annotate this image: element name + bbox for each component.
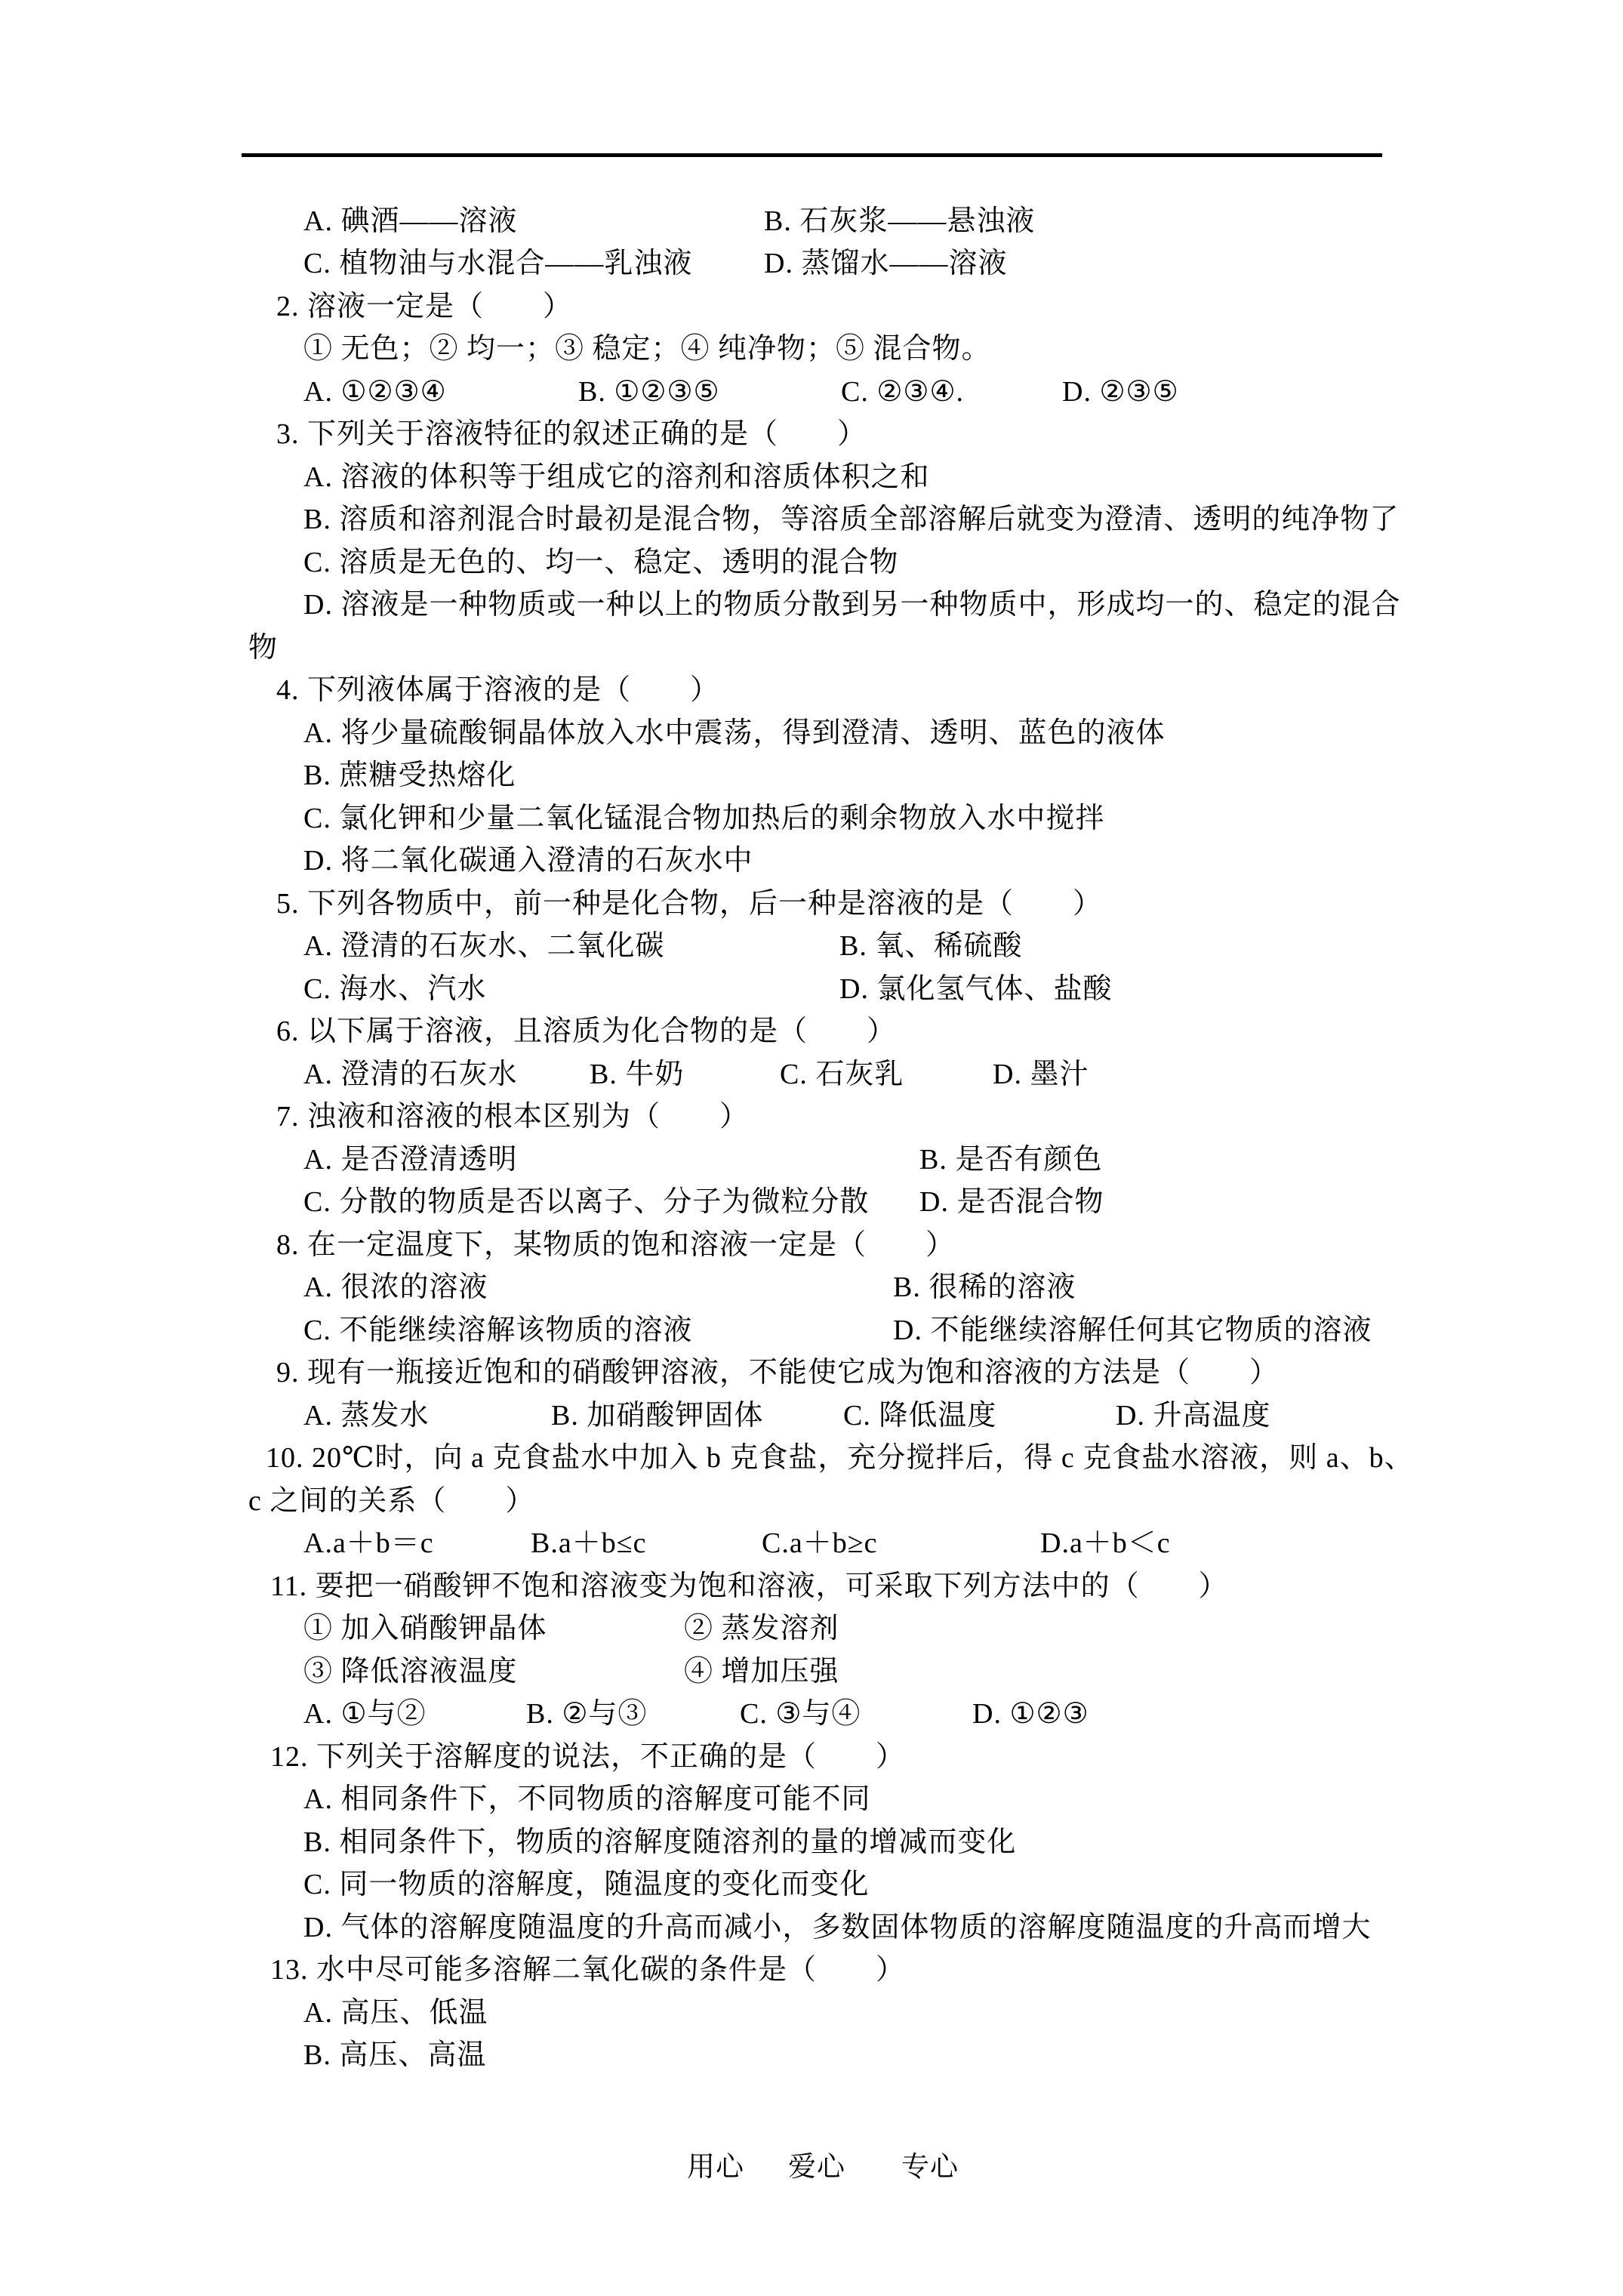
text-segment: C. 海水、汽水 (303, 968, 486, 1011)
text-segment: B. 相同条件下，物质的溶解度随溶剂的量的增减而变化 (303, 1821, 1016, 1864)
text-line: A. 是否澄清透明B. 是否有颜色 (0, 1139, 1623, 1182)
text-segment: B. ②与③ (526, 1693, 647, 1736)
text-line: A. 溶液的体积等于组成它的溶剂和溶质体积之和 (0, 456, 1623, 499)
text-segment: A. 碘酒——溶液 (303, 200, 517, 243)
text-line: A.a＋b＝cB.a＋b≤cC.a＋b≥cD.a＋b＜c (0, 1522, 1623, 1565)
text-line: B. 高压、高温 (0, 2034, 1623, 2077)
text-line: 3. 下列关于溶液特征的叙述正确的是（ ） (0, 413, 1623, 456)
text-segment: C. 植物油与水混合——乳浊液 (303, 242, 692, 285)
text-segment: 13. 水中尽可能多溶解二氧化碳的条件是（ ） (270, 1949, 905, 1992)
text-line: A. ①与②B. ②与③C. ③与④D. ①②③ (0, 1693, 1623, 1736)
text-line: D. 气体的溶解度随温度的升高而减小，多数固体物质的溶解度随温度的升高而增大 (0, 1906, 1623, 1949)
text-segment: D. 升高温度 (1116, 1395, 1270, 1438)
text-segment: A. 相同条件下，不同物质的溶解度可能不同 (303, 1778, 870, 1821)
text-segment: C. 石灰乳 (780, 1053, 904, 1096)
text-line: D. 将二氧化碳通入澄清的石灰水中 (0, 840, 1623, 883)
text-segment: C. 氯化钾和少量二氧化锰混合物加热后的剩余物放入水中搅拌 (303, 797, 1104, 840)
text-line: A. 将少量硫酸铜晶体放入水中震荡，得到澄清、透明、蓝色的液体 (0, 712, 1623, 755)
text-segment: ③ 降低溶液温度 (303, 1650, 518, 1693)
text-segment: D. 墨汁 (993, 1053, 1089, 1096)
text-line: A. ①②③④B. ①②③⑤C. ②③④.D. ②③⑤ (0, 371, 1623, 414)
text-segment: A. 将少量硫酸铜晶体放入水中震荡，得到澄清、透明、蓝色的液体 (303, 712, 1165, 755)
text-line: 7. 浊液和溶液的根本区别为（ ） (0, 1096, 1623, 1139)
text-segment: 11. 要把一硝酸钾不饱和溶液变为饱和溶液，可采取下列方法中的（ ） (270, 1565, 1228, 1608)
text-line: A. 高压、低温 (0, 1992, 1623, 2035)
text-segment: 9. 现有一瓶接近饱和的硝酸钾溶液，不能使它成为饱和溶液的方法是（ ） (276, 1351, 1279, 1395)
text-segment: B. ①②③⑤ (578, 371, 720, 414)
document-page: A. 碘酒——溶液B. 石灰浆——悬浊液C. 植物油与水混合——乳浊液D. 蒸馏… (0, 0, 1623, 2296)
text-line: 9. 现有一瓶接近饱和的硝酸钾溶液，不能使它成为饱和溶液的方法是（ ） (0, 1351, 1623, 1395)
text-segment: B. 溶质和溶剂混合时最初是混合物，等溶质全部溶解后就变为澄清、透明的纯净物了 (303, 498, 1399, 541)
text-line: C. 不能继续溶解该物质的溶液D. 不能继续溶解任何其它物质的溶液 (0, 1309, 1623, 1352)
text-segment: B. 氧、稀硫酸 (839, 925, 1022, 968)
text-line: 2. 溶液一定是（ ） (0, 285, 1623, 328)
document-body: A. 碘酒——溶液B. 石灰浆——悬浊液C. 植物油与水混合——乳浊液D. 蒸馏… (0, 0, 1623, 2296)
text-line: A. 澄清的石灰水、二氧化碳B. 氧、稀硫酸 (0, 925, 1623, 968)
text-segment: C. ②③④. (841, 371, 964, 414)
text-segment: B. 石灰浆——悬浊液 (764, 200, 1035, 243)
text-segment: D. 是否混合物 (919, 1181, 1104, 1224)
text-segment: 3. 下列关于溶液特征的叙述正确的是（ ） (276, 413, 867, 456)
text-segment: D. 气体的溶解度随温度的升高而减小，多数固体物质的溶解度随温度的升高而增大 (303, 1906, 1371, 1949)
text-line: 6. 以下属于溶液，且溶质为化合物的是（ ） (0, 1010, 1623, 1053)
text-segment: 8. 在一定温度下，某物质的饱和溶液一定是（ ） (276, 1224, 955, 1267)
text-segment: A. ①②③④ (303, 371, 447, 414)
text-segment: D. 溶液是一种物质或一种以上的物质分散到另一种物质中，形成均一的、稳定的混合 (303, 584, 1400, 627)
text-segment: A.a＋b＝c (303, 1522, 434, 1565)
footer-word: 用心 (687, 2146, 744, 2189)
text-segment: B.a＋b≤c (531, 1522, 646, 1565)
text-segment: ④ 增加压强 (684, 1650, 839, 1693)
text-segment: 7. 浊液和溶液的根本区别为（ ） (276, 1096, 749, 1139)
text-segment: A. 高压、低温 (303, 1992, 488, 2035)
text-segment: C. 同一物质的溶解度，随温度的变化而变化 (303, 1863, 869, 1906)
text-line: C. 同一物质的溶解度，随温度的变化而变化 (0, 1863, 1623, 1906)
text-segment: D. ②③⑤ (1062, 371, 1179, 414)
text-segment: B. 是否有颜色 (919, 1139, 1102, 1182)
text-line: A. 相同条件下，不同物质的溶解度可能不同 (0, 1778, 1623, 1821)
text-segment: D.a＋b＜c (1040, 1522, 1171, 1565)
text-line: 5. 下列各物质中，前一种是化合物，后一种是溶液的是（ ） (0, 883, 1623, 926)
text-line: B. 蔗糖受热熔化 (0, 754, 1623, 797)
text-segment: A. ①与② (303, 1693, 427, 1736)
text-line: ① 无色；② 均一；③ 稳定；④ 纯净物；⑤ 混合物。 (0, 328, 1623, 371)
text-line: 4. 下列液体属于溶液的是（ ） (0, 669, 1623, 712)
text-segment: B. 加硝酸钾固体 (551, 1395, 763, 1438)
text-segment: C. 不能继续溶解该物质的溶液 (303, 1309, 692, 1352)
text-segment: C. 降低温度 (843, 1395, 996, 1438)
text-line: C. 分散的物质是否以离子、分子为微粒分散D. 是否混合物 (0, 1181, 1623, 1224)
text-segment: 4. 下列液体属于溶液的是（ ） (276, 669, 719, 712)
text-line: 12. 下列关于溶解度的说法，不正确的是（ ） (0, 1736, 1623, 1779)
text-line: A. 蒸发水B. 加硝酸钾固体C. 降低温度D. 升高温度 (0, 1395, 1623, 1438)
text-line: 物 (0, 627, 1623, 670)
text-segment: C.a＋b≥c (762, 1522, 877, 1565)
text-segment: D. 蒸馏水——溶液 (764, 242, 1007, 285)
text-line: ③ 降低溶液温度④ 增加压强 (0, 1650, 1623, 1693)
text-segment: B. 很稀的溶液 (893, 1266, 1076, 1309)
text-line: C. 植物油与水混合——乳浊液D. 蒸馏水——溶液 (0, 242, 1623, 285)
text-segment: A. 蒸发水 (303, 1395, 429, 1438)
text-line: C. 溶质是无色的、均一、稳定、透明的混合物 (0, 541, 1623, 584)
text-segment: D. ①②③ (972, 1693, 1089, 1736)
text-segment: ② 蒸发溶剂 (684, 1607, 839, 1650)
footer-word: 爱心 (788, 2146, 845, 2189)
text-segment: A. 很浓的溶液 (303, 1266, 488, 1309)
text-segment: A. 澄清的石灰水、二氧化碳 (303, 925, 664, 968)
text-line: c 之间的关系（ ） (0, 1480, 1623, 1523)
text-segment: D. 将二氧化碳通入澄清的石灰水中 (303, 840, 753, 883)
text-line: C. 海水、汽水D. 氯化氢气体、盐酸 (0, 968, 1623, 1011)
text-segment: A. 澄清的石灰水 (303, 1053, 517, 1096)
page-footer: 用心 爱心 专心 (0, 2146, 1623, 2189)
text-line: D. 溶液是一种物质或一种以上的物质分散到另一种物质中，形成均一的、稳定的混合 (0, 584, 1623, 627)
text-segment: 2. 溶液一定是（ ） (276, 285, 572, 328)
text-segment: 12. 下列关于溶解度的说法，不正确的是（ ） (270, 1736, 905, 1779)
text-segment: B. 牛奶 (590, 1053, 684, 1096)
text-segment: ① 加入硝酸钾晶体 (303, 1607, 547, 1650)
text-line: A. 澄清的石灰水B. 牛奶C. 石灰乳D. 墨汁 (0, 1053, 1623, 1096)
text-line: 11. 要把一硝酸钾不饱和溶液变为饱和溶液，可采取下列方法中的（ ） (0, 1565, 1623, 1608)
text-segment: 10. 20℃时，向 a 克食盐水中加入 b 克食盐，充分搅拌后，得 c 克食盐… (266, 1437, 1414, 1480)
text-segment: B. 蔗糖受热熔化 (303, 754, 516, 797)
footer-word: 专心 (901, 2146, 959, 2189)
text-line: 13. 水中尽可能多溶解二氧化碳的条件是（ ） (0, 1949, 1623, 1992)
text-segment: C. 溶质是无色的、均一、稳定、透明的混合物 (303, 541, 898, 584)
text-segment: A. 溶液的体积等于组成它的溶剂和溶质体积之和 (303, 456, 929, 499)
text-segment: c 之间的关系（ ） (248, 1480, 534, 1523)
text-segment: D. 不能继续溶解任何其它物质的溶液 (893, 1309, 1372, 1352)
text-line: A. 很浓的溶液B. 很稀的溶液 (0, 1266, 1623, 1309)
text-line: B. 相同条件下，物质的溶解度随溶剂的量的增减而变化 (0, 1821, 1623, 1864)
text-line: C. 氯化钾和少量二氧化锰混合物加热后的剩余物放入水中搅拌 (0, 797, 1623, 840)
text-segment: 6. 以下属于溶液，且溶质为化合物的是（ ） (276, 1010, 896, 1053)
text-segment: D. 氯化氢气体、盐酸 (839, 968, 1112, 1011)
text-segment: 物 (248, 627, 278, 670)
text-segment: A. 是否澄清透明 (303, 1139, 517, 1182)
text-line: A. 碘酒——溶液B. 石灰浆——悬浊液 (0, 200, 1623, 243)
text-line: ① 加入硝酸钾晶体② 蒸发溶剂 (0, 1607, 1623, 1650)
text-segment: B. 高压、高温 (303, 2034, 486, 2077)
text-segment: C. 分散的物质是否以离子、分子为微粒分散 (303, 1181, 869, 1224)
text-line: B. 溶质和溶剂混合时最初是混合物，等溶质全部溶解后就变为澄清、透明的纯净物了 (0, 498, 1623, 541)
text-line: 10. 20℃时，向 a 克食盐水中加入 b 克食盐，充分搅拌后，得 c 克食盐… (0, 1437, 1623, 1480)
text-line: 8. 在一定温度下，某物质的饱和溶液一定是（ ） (0, 1224, 1623, 1267)
text-segment: ① 无色；② 均一；③ 稳定；④ 纯净物；⑤ 混合物。 (303, 328, 991, 371)
text-segment: 5. 下列各物质中，前一种是化合物，后一种是溶液的是（ ） (276, 883, 1102, 926)
text-segment: C. ③与④ (740, 1693, 861, 1736)
